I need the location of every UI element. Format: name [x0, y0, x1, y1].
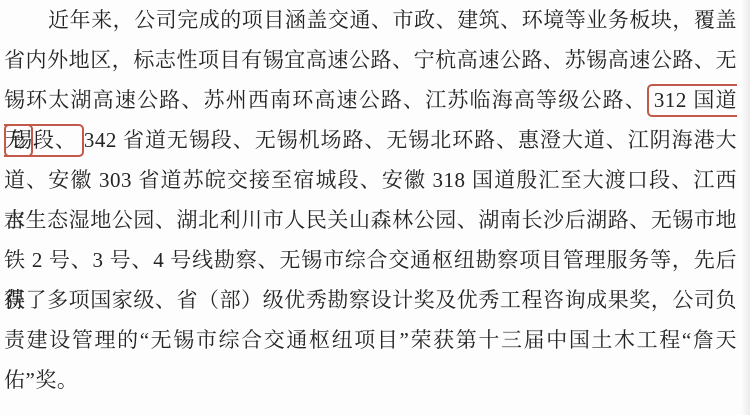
- highlight-box: 锡段、: [4, 124, 84, 157]
- text-line: 佑”奖。: [4, 360, 737, 400]
- text-line: 锡段、342 省道无锡段、无锡机场路、无锡北环路、惠澄大道、江阴海港大: [4, 120, 737, 160]
- document-page: 近年来，公司完成的项目涵盖交通、市政、建筑、环境等业务板块，覆盖 省内外地区，标…: [0, 0, 750, 415]
- text-line: 得了多项国家级、省（部）级优秀勘察设计奖及优秀工程咨询成果奖，公司负: [4, 280, 737, 320]
- text-line: 锡环太湖高速公路、苏州西南环高速公路、江苏临海高等级公路、312 国道无: [4, 80, 737, 120]
- text-line: 水生态湿地公园、湖北利川市人民关山森林公园、湖南长沙后湖路、无锡市地: [4, 200, 737, 240]
- text-segment: 责建设管理的“无锡市综合交通枢纽项目”荣获第十三届中国土木工程“詹天: [4, 328, 737, 352]
- text-segment: 近年来，公司完成的项目涵盖交通、市政、建筑、环境等业务板块，覆盖: [48, 8, 737, 32]
- text-segment: 佑”奖。: [4, 368, 78, 392]
- text-segment: 省内外地区，标志性项目有锡宜高速公路、宁杭高速公路、苏锡高速公路、无: [4, 48, 737, 72]
- text-line: 近年来，公司完成的项目涵盖交通、市政、建筑、环境等业务板块，覆盖: [4, 0, 737, 40]
- page-edge-shadow: [741, 0, 750, 415]
- text-segment: 342 省道无锡段、无锡机场路、无锡北环路、惠澄大道、江阴海港大: [84, 128, 737, 152]
- text-line: 铁 2 号、3 号、4 号线勘察、无锡市综合交通枢纽勘察项目管理服务等，先后获: [4, 240, 737, 280]
- text-segment: 得了多项国家级、省（部）级优秀勘察设计奖及优秀工程咨询成果奖，公司负: [4, 288, 737, 312]
- text-segment: 水生态湿地公园、湖北利川市人民关山森林公园、湖南长沙后湖路、无锡市地: [4, 208, 737, 232]
- text-line: 省内外地区，标志性项目有锡宜高速公路、宁杭高速公路、苏锡高速公路、无: [4, 40, 737, 80]
- text-line: 道、安徽 303 省道苏皖交接至宿城段、安徽 318 国道殷汇至大渡口段、江西吉: [4, 160, 737, 200]
- text-segment: 锡环太湖高速公路、苏州西南环高速公路、江苏临海高等级公路、: [4, 88, 647, 112]
- text-line: 责建设管理的“无锡市综合交通枢纽项目”荣获第十三届中国土木工程“詹天: [4, 320, 737, 360]
- paragraph: 近年来，公司完成的项目涵盖交通、市政、建筑、环境等业务板块，覆盖 省内外地区，标…: [4, 0, 737, 400]
